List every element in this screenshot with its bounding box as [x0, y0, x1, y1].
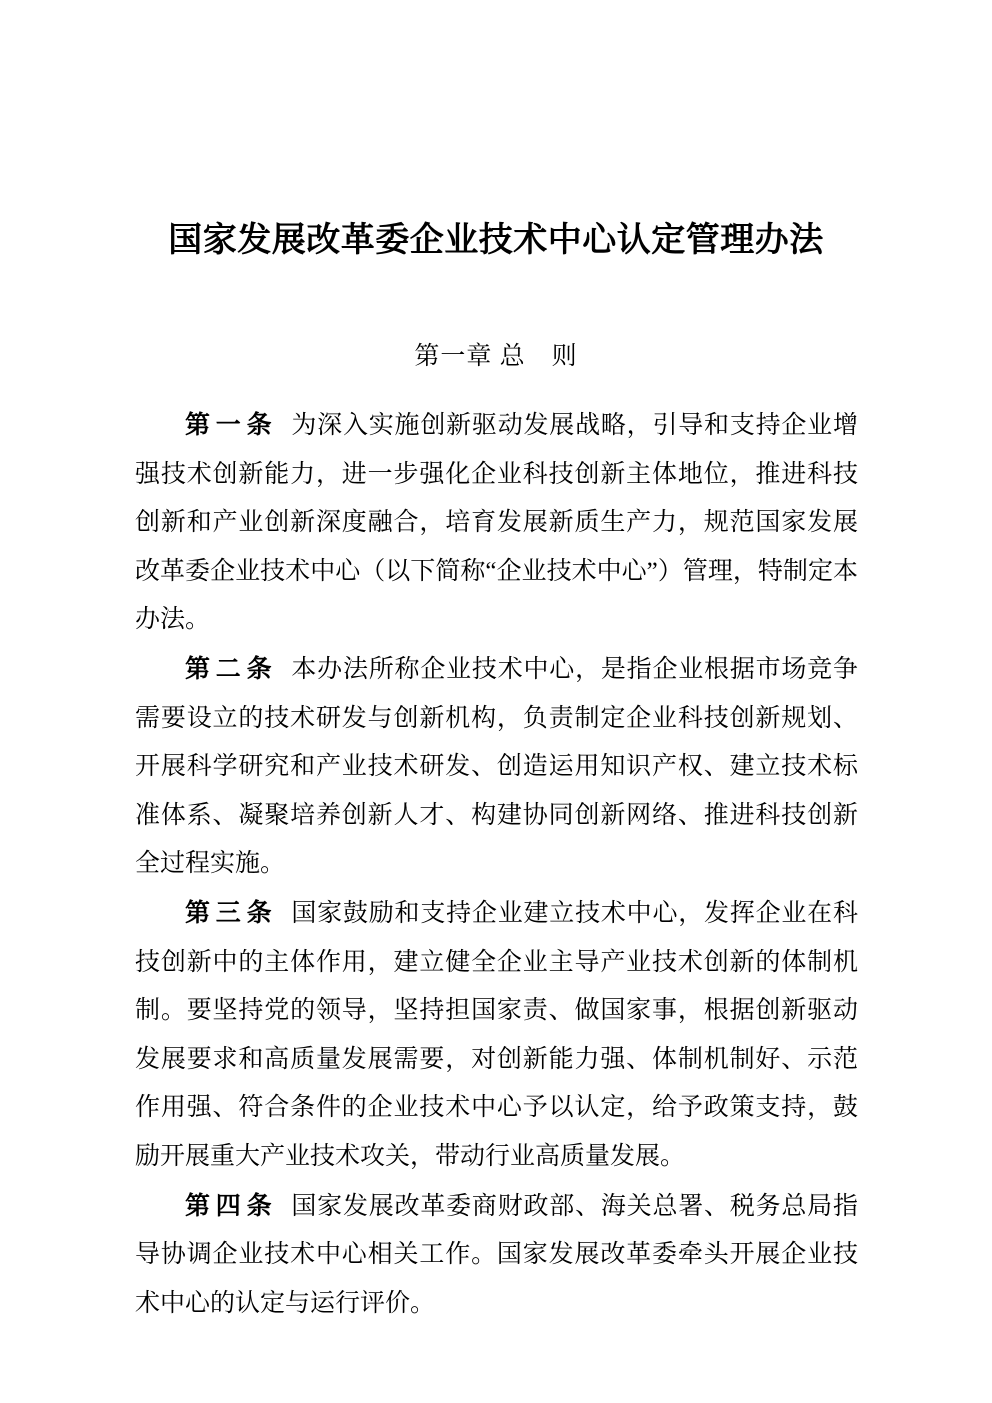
article-4-label: 第四条: [185, 1192, 277, 1220]
article-2-label: 第二条: [185, 655, 277, 683]
article-1-label: 第一条: [185, 411, 277, 439]
article-paragraph-4: 第四条国家发展改革委商财政部、海关总署、税务总局指导协调企业技术中心相关工作。国…: [135, 1182, 858, 1329]
document-page: 国家发展改革委企业技术中心认定管理办法 第一章 总 则 第一条为深入实施创新驱动…: [0, 0, 992, 1403]
article-2-text: 本办法所称企业技术中心，是指企业根据市场竞争需要设立的技术研发与创新机构，负责制…: [135, 656, 858, 877]
article-paragraph-3: 第三条国家鼓励和支持企业建立技术中心，发挥企业在科技创新中的主体作用，建立健全企…: [135, 889, 858, 1182]
document-body: 第一条为深入实施创新驱动发展战略，引导和支持企业增强技术创新能力，进一步强化企业…: [135, 401, 858, 1328]
article-3-text: 国家鼓励和支持企业建立技术中心，发挥企业在科技创新中的主体作用，建立健全企业主导…: [135, 900, 858, 1170]
article-1-text: 为深入实施创新驱动发展战略，引导和支持企业增强技术创新能力，进一步强化企业科技创…: [135, 412, 858, 633]
document-title: 国家发展改革委企业技术中心认定管理办法: [0, 218, 992, 262]
chapter-heading: 第一章 总 则: [0, 342, 992, 372]
article-paragraph-2: 第二条本办法所称企业技术中心，是指企业根据市场竞争需要设立的技术研发与创新机构，…: [135, 645, 858, 889]
article-paragraph-1: 第一条为深入实施创新驱动发展战略，引导和支持企业增强技术创新能力，进一步强化企业…: [135, 401, 858, 645]
article-3-label: 第三条: [185, 899, 277, 927]
